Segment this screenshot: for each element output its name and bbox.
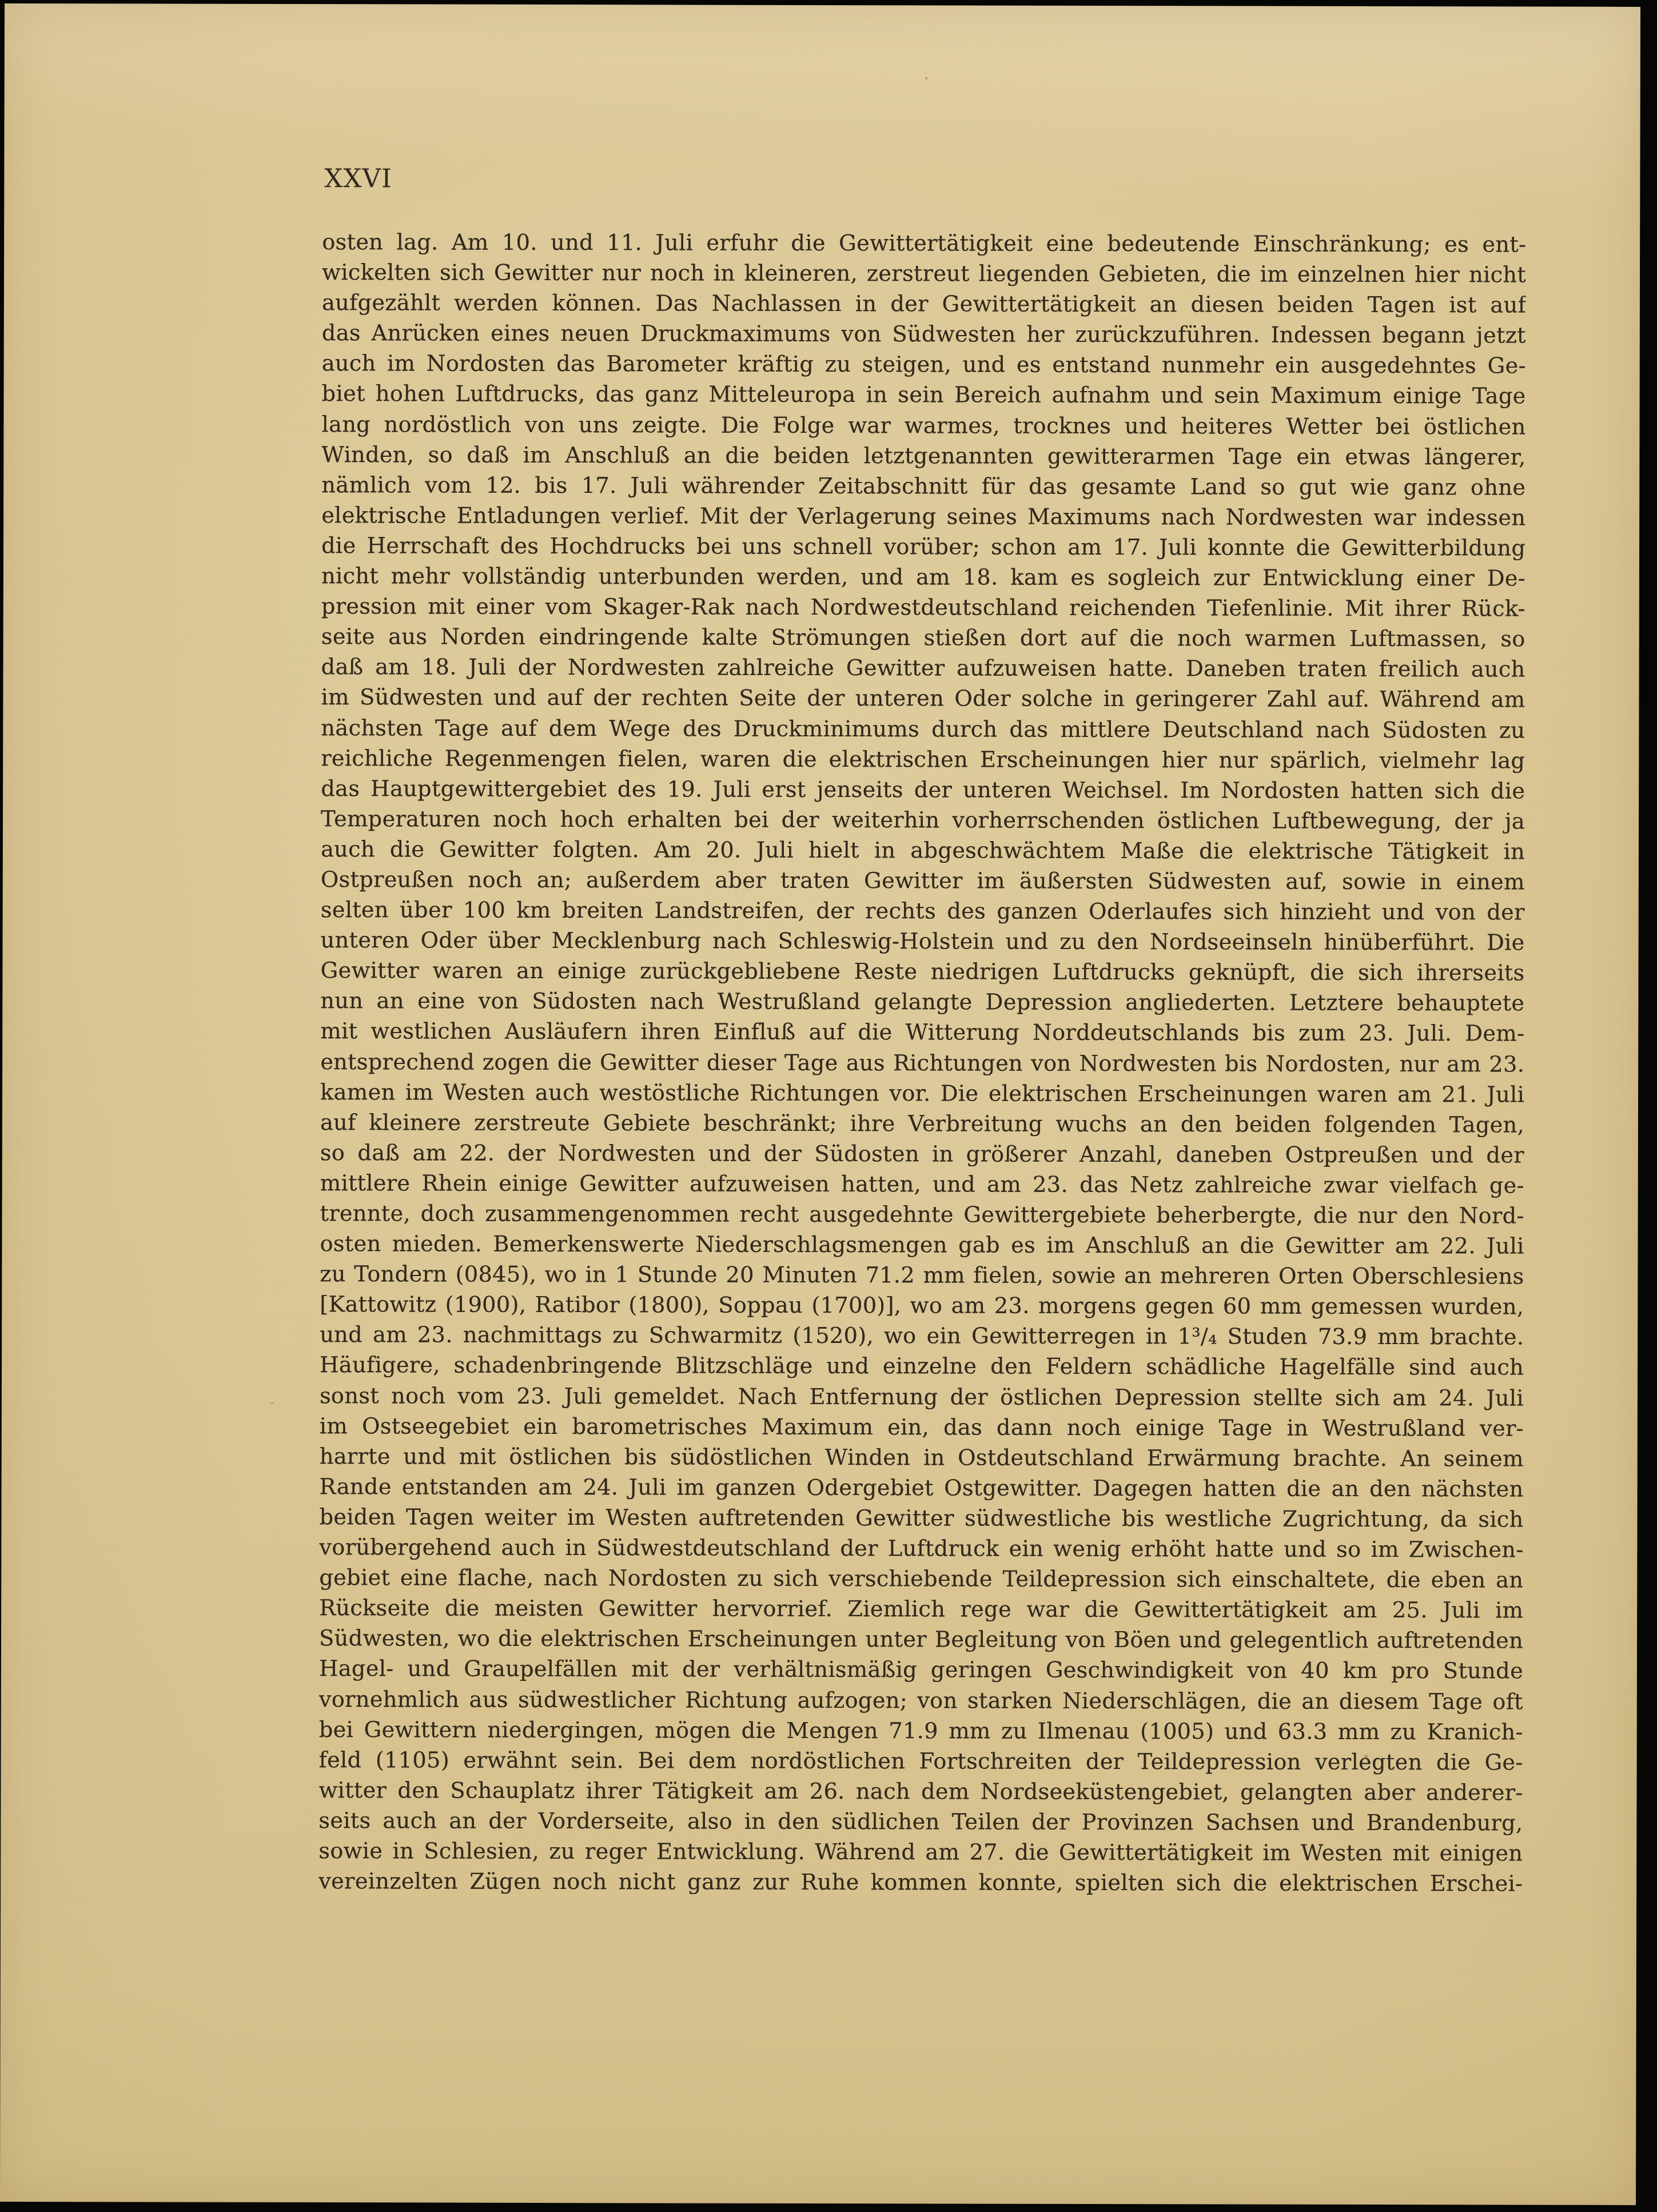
text-line: im Südwesten und auf der rechten Seite d… [321, 683, 1525, 716]
text-line: daß am 18. Juli der Nordwesten zahlreich… [321, 652, 1525, 685]
text-line: Ostpreußen noch an; außerdem aber traten… [321, 864, 1525, 898]
ink-speck [1364, 1755, 1368, 1758]
ink-speck [270, 1402, 274, 1404]
text-line: biet hohen Luftdrucks, das ganz Mitteleu… [322, 379, 1526, 412]
ink-speck [925, 77, 928, 79]
text-line: vereinzelten Zügen noch nicht ganz zur R… [318, 1866, 1523, 1899]
text-line: mittlere Rhein einige Gewitter aufzuweis… [320, 1168, 1524, 1201]
text-line: lang nordöstlich von uns zeigte. Die Fol… [321, 409, 1525, 443]
text-line: gebiet eine flache, nach Nordosten zu si… [319, 1563, 1523, 1596]
text-line: bei Gewittern niedergingen, mögen die Me… [319, 1715, 1523, 1748]
page-number: XXVI [324, 163, 392, 193]
text-line: wickelten sich Gewitter nur noch in klei… [322, 257, 1526, 290]
text-line: feld (1105) erwähnt sein. Bei dem nordös… [319, 1745, 1523, 1778]
text-line: Gewitter waren an einige zurückgeblieben… [320, 955, 1524, 989]
text-line: entsprechend zogen die Gewitter dieser T… [320, 1047, 1524, 1080]
paper: XXVI osten lag. Am 10. und 11. Juli erfu… [0, 3, 1640, 2205]
text-line: beiden Tagen weiter im Westen auftretend… [319, 1502, 1523, 1535]
text-line: mit westlichen Ausläufern ihren Einfluß … [320, 1017, 1524, 1050]
text-line: Südwesten, wo die elektrischen Erscheinu… [319, 1623, 1523, 1656]
text-line: und am 23. nachmittags zu Schwarmitz (15… [320, 1320, 1524, 1353]
text-line: auch die Gewitter folgten. Am 20. Juli h… [321, 834, 1525, 867]
text-line: aufgezählt werden können. Das Nachlassen… [322, 288, 1526, 321]
text-line: auch im Nordosten das Barometer kräftig … [322, 349, 1526, 382]
text-line: sowie in Schlesien, zu reger Entwicklung… [318, 1836, 1523, 1869]
text-line: osten mieden. Bemerkenswerte Niederschla… [320, 1229, 1524, 1262]
text-line: vorübergehend auch in Südwestdeutschland… [319, 1532, 1523, 1565]
text-line: nicht mehr vollständig unterbunden werde… [321, 561, 1525, 594]
text-line: witter den Schauplatz ihrer Tätigkeit am… [318, 1775, 1523, 1808]
text-line: Winden, so daß im Anschluß an die beiden… [321, 440, 1525, 473]
text-line: seits auch an der Vorderseite, also in d… [318, 1806, 1523, 1839]
text-line: reichliche Regenmengen fielen, waren die… [321, 743, 1525, 776]
text-line: kamen im Westen auch westöstliche Richtu… [320, 1077, 1524, 1110]
text-line: Häufigere, schadenbringende Blitzschläge… [320, 1350, 1524, 1384]
text-line: trennte, doch zusammengenommen recht aus… [320, 1198, 1524, 1231]
text-line: [Kattowitz (1900), Ratibor (1800), Soppa… [320, 1289, 1524, 1322]
text-line: Rande entstanden am 24. Juli im ganzen O… [320, 1472, 1524, 1505]
text-line: das Anrücken eines neuen Druckmaximums v… [322, 318, 1526, 351]
text-line: das Hauptgewittergebiet des 19. Juli ers… [321, 774, 1525, 807]
text-line: sonst noch vom 23. Juli gemeldet. Nach E… [320, 1381, 1524, 1414]
text-line: pression mit einer vom Skager-Rak nach N… [321, 591, 1525, 624]
text-line: unteren Oder über Mecklenburg nach Schle… [321, 925, 1525, 958]
text-line: nächsten Tage auf dem Wege des Druckmini… [321, 713, 1525, 746]
text-line: die Herrschaft des Hochdrucks bei uns sc… [321, 531, 1525, 564]
text-line: im Ostseegebiet ein barometrisches Maxim… [320, 1411, 1524, 1444]
scanned-page: XXVI osten lag. Am 10. und 11. Juli erfu… [0, 0, 1657, 2212]
text-line: nämlich vom 12. bis 17. Juli währender Z… [321, 470, 1525, 503]
text-line: elektrische Entladungen verlief. Mit der… [321, 500, 1525, 533]
text-line: zu Tondern (0845), wo in 1 Stunde 20 Min… [320, 1259, 1524, 1292]
text-line: so daß am 22. der Nordwesten und der Süd… [320, 1138, 1524, 1171]
text-line: Temperaturen noch hoch erhalten bei der … [321, 804, 1525, 837]
text-line: auf kleinere zerstreute Gebiete beschrän… [320, 1107, 1524, 1141]
text-line: Hagel- und Graupelfällen mit der verhält… [319, 1654, 1523, 1687]
text-line: nun an eine von Südosten nach Westrußlan… [320, 986, 1524, 1019]
text-line: harrte und mit östlichen bis südöstliche… [320, 1441, 1524, 1474]
text-line: selten über 100 km breiten Landstreifen,… [321, 895, 1525, 928]
body-text: osten lag. Am 10. und 11. Juli erfuhr di… [318, 227, 1526, 1899]
text-line: Rückseite die meisten Gewitter hervorrie… [319, 1593, 1523, 1626]
text-line: osten lag. Am 10. und 11. Juli erfuhr di… [322, 227, 1526, 260]
text-line: vornehmlich aus südwestlicher Richtung a… [319, 1684, 1523, 1717]
text-line: seite aus Norden eindringende kalte Strö… [321, 621, 1525, 655]
